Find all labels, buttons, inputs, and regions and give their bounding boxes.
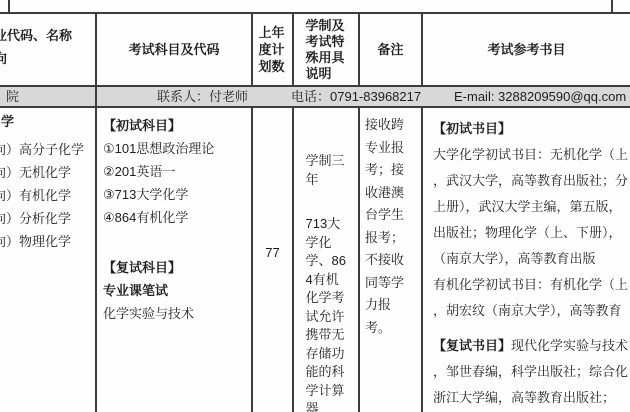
- retest-type: 专业课笔试: [103, 279, 249, 302]
- direction-list: 向）高分子化学 向）无机化学 向）有机化学 向）分析化学 向）物理化学: [0, 138, 95, 253]
- header-direction: 向: [0, 50, 7, 68]
- retest-subject: 化学实验与技术: [103, 302, 249, 325]
- reference-line: ，邹世春编，科学出版社；综合化: [433, 359, 630, 385]
- remarks-cell: 接收跨专业报考；接收港澳台学生报考；不接收同等学力报考。: [365, 114, 421, 339]
- header-plan-count: 上年度计划数: [253, 14, 292, 85]
- direction-item: 向）分析化学: [0, 207, 95, 230]
- reference-line: 浙江大学编，高等教育出版社；: [433, 385, 630, 411]
- direction-item: 向）高分子化学: [0, 138, 95, 161]
- duration-text: 学制三年: [306, 152, 347, 189]
- contact-person: 联系人：付老师: [157, 88, 248, 106]
- reference-line: 上册），武汉大学主编，第五版，: [433, 194, 630, 220]
- header-major-code: 业代码、名称: [0, 27, 72, 45]
- remarks-text: 接收跨专业报考；接收港澳台学生报考；不接收同等学力报考。: [365, 114, 406, 339]
- reference-books-cell: 【初试书目】 大学化学初试书目：无机化学（上 ，武汉大学，高等教育出版社；分 上…: [433, 116, 630, 411]
- exam-subjects-cell: 【初试科目】 ①101思想政治理论 ②201英语一 ③713大学化学 ④864有…: [103, 114, 249, 325]
- top-row-divider-left: [8, 0, 10, 12]
- initial-subjects-header: 【初试科目】: [103, 114, 249, 137]
- reference-line: 出版社；物理化学（上、下册），: [433, 220, 630, 246]
- direction-item: 向）有机化学: [0, 184, 95, 207]
- admissions-table-screenshot: 业代码、名称 向 考试科目及代码 上年度计划数 学制及考试特殊用具说明 备注 考…: [0, 0, 630, 412]
- contact-phone: 电话：0791-83968217: [291, 88, 421, 106]
- subject-item: ③713大学化学: [103, 183, 249, 206]
- retest-books-line: 【复试书目】现代化学实验与技术: [433, 333, 630, 359]
- direction-item: 向）无机化学: [0, 161, 95, 184]
- initial-books-header: 【初试书目】: [433, 116, 630, 142]
- retest-subjects-header: 【复试科目】: [103, 256, 249, 279]
- header-remarks: 备注: [360, 14, 421, 85]
- college-name: 院: [6, 88, 19, 106]
- major-cell: 学 向）高分子化学 向）无机化学 向）有机化学 向）分析化学 向）物理化学: [0, 112, 95, 253]
- contact-email: E-mail: 3288209590@qq.com: [454, 88, 626, 106]
- retest-books-first: 现代化学实验与技术: [511, 338, 628, 353]
- reference-line: 大学化学初试书目：无机化学（上: [433, 142, 630, 168]
- major-title: 学: [1, 112, 95, 132]
- direction-item: 向）物理化学: [0, 230, 95, 253]
- col4-divider-body: [358, 108, 360, 412]
- header-duration-tools: 学制及考试特殊用具说明: [294, 14, 358, 85]
- reference-line: （南京大学），高等教育出版: [433, 246, 630, 272]
- duration-tools-cell: 学制三年 713大学化学、864有机化学考试允许携带无存储功能的科学计算器: [294, 108, 358, 412]
- header-reference-books: 考试参考书目: [423, 14, 630, 85]
- reference-line: ，武汉大学，高等教育出版社；分: [433, 168, 630, 194]
- plan-count-cell: 77: [253, 108, 292, 398]
- col5-divider-body: [421, 108, 423, 412]
- reference-line: 有机化学初试书目：有机化学（上: [433, 272, 630, 298]
- top-row-divider-right: [611, 0, 613, 12]
- header-exam-subjects: 考试科目及代码: [97, 14, 251, 85]
- subject-item: ②201英语一: [103, 160, 249, 183]
- reference-line: ，胡宏纹（南京大学），高等教育: [433, 298, 630, 324]
- retest-books-header: 【复试书目】: [433, 338, 511, 353]
- tools-note-text: 713大学化学、864有机化学考试允许携带无存储功能的科学计算器: [306, 215, 347, 412]
- subject-item: ④864有机化学: [103, 206, 249, 229]
- subject-item: ①101思想政治理论: [103, 137, 249, 160]
